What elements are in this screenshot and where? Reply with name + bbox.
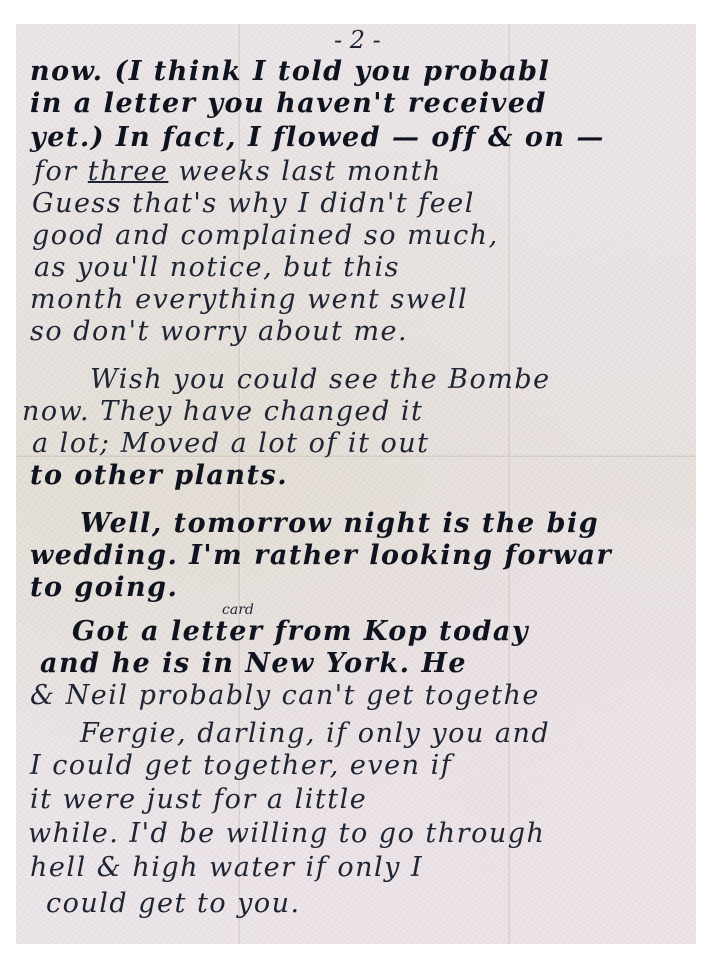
letter-line-4: for three weeks last month	[34, 158, 442, 185]
letter-line-20: Fergie, darling, if only you and	[80, 720, 550, 747]
vertical-fold-line	[508, 24, 511, 944]
letter-line-19: & Neil probably can't get togethe	[30, 682, 540, 709]
letter-line-9: so don't worry about me.	[30, 318, 408, 345]
letter-line-23: while. I'd be willing to go through	[28, 820, 545, 847]
letter-line-1: now. (I think I told you probabl	[30, 58, 550, 85]
letter-line-14: Well, tomorrow night is the big	[80, 510, 599, 537]
letter-line-18: and he is in New York. He	[40, 650, 467, 677]
letter-line-22: it were just for a little	[30, 786, 367, 813]
letter-line-5: Guess that's why I didn't feel	[32, 190, 475, 217]
letter-line-25: could get to you.	[46, 890, 301, 917]
letter-line-3: yet.) In fact, I flowed — off & on —	[30, 124, 605, 151]
letter-line-24: hell & high water if only I	[30, 854, 423, 881]
letter-line-6: good and complained so much,	[32, 222, 499, 249]
letter-line-21: I could get together, even if	[30, 752, 452, 779]
underlined-word-three: three	[88, 156, 169, 187]
letter-line-16: to going.	[30, 574, 178, 601]
letter-line-7: as you'll notice, but this	[34, 254, 400, 281]
word-rest: weeks last month	[168, 156, 441, 187]
letter-line-11: now. They have changed it	[22, 398, 423, 425]
letter-line-8: month everything went swell	[30, 286, 468, 313]
letter-line-13: to other plants.	[30, 462, 288, 489]
letter-line-10: Wish you could see the Bombe	[90, 366, 551, 393]
letter-line-17: Got a letter from Kop today	[72, 618, 529, 645]
letter-page: - 2 - now. (I think I told you probabl i…	[16, 24, 696, 944]
letter-line-15: wedding. I'm rather looking forwar	[30, 542, 612, 569]
page-number: - 2 -	[334, 26, 381, 54]
letter-line-12: a lot; Moved a lot of it out	[32, 430, 430, 457]
word-for: for	[34, 156, 88, 187]
letter-line-2: in a letter you haven't received	[30, 90, 547, 117]
